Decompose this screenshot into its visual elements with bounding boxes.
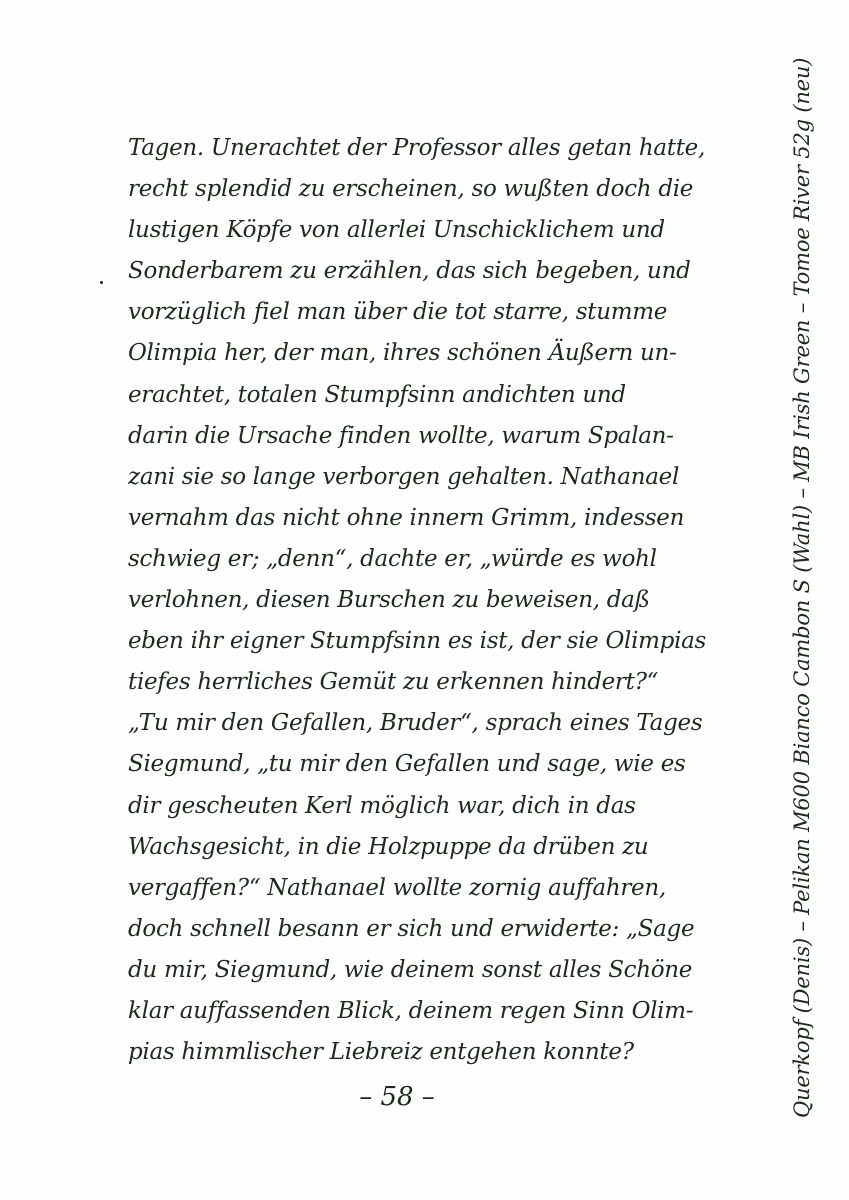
text-line: schwieg er; „denn“, dachte er, „würde es… [128, 539, 728, 580]
handwritten-text-block: Tagen. Unerachtet der Professor alles ge… [128, 128, 728, 1073]
text-line: Siegmund, „tu mir den Gefallen und sage,… [128, 744, 728, 785]
text-line: „Tu mir den Gefallen, Bruder“, sprach ei… [128, 703, 728, 744]
text-line: vernahm das nicht ohne innern Grimm, ind… [128, 498, 728, 539]
manuscript-page: Tagen. Unerachtet der Professor alles ge… [0, 0, 849, 1200]
text-line: tiefes herrliches Gemüt zu erkennen hind… [128, 662, 728, 703]
text-line: Olimpia her, der man, ihres schönen Äuße… [128, 333, 728, 374]
text-line: Tagen. Unerachtet der Professor alles ge… [128, 128, 728, 169]
margin-note-pen-ink-paper: Querkopf (Denis) – Pelikan M600 Bianco C… [790, 38, 814, 1118]
text-line: vergaffen?“ Nathanael wollte zornig auff… [128, 868, 728, 909]
text-line: darin die Ursache finden wollte, warum S… [128, 416, 728, 457]
page-number: – 58 – [352, 1082, 442, 1112]
text-line: Sonderbarem zu erzählen, das sich begebe… [128, 251, 728, 292]
text-line: vorzüglich fiel man über die tot starre,… [128, 292, 728, 333]
text-line: pias himmlischer Liebreiz entgehen konnt… [128, 1032, 728, 1073]
text-line: verlohnen, diesen Burschen zu beweisen, … [128, 580, 728, 621]
text-line: zani sie so lange verborgen gehalten. Na… [128, 457, 728, 498]
text-line: Wachsgesicht, in die Holzpuppe da drüben… [128, 827, 728, 868]
text-line: klar auffassenden Blick, deinem regen Si… [128, 991, 728, 1032]
text-line: doch schnell besann er sich und erwidert… [128, 909, 728, 950]
text-line: recht splendid zu erscheinen, so wußten … [128, 169, 728, 210]
margin-dot [100, 281, 103, 284]
text-line: du mir, Siegmund, wie deinem sonst alles… [128, 950, 728, 991]
text-line: dir gescheuten Kerl möglich war, dich in… [128, 786, 728, 827]
text-line: erachtet, totalen Stumpfsinn andichten u… [128, 375, 728, 416]
text-line: eben ihr eigner Stumpfsinn es ist, der s… [128, 621, 728, 662]
text-line: lustigen Köpfe von allerlei Unschicklich… [128, 210, 728, 251]
